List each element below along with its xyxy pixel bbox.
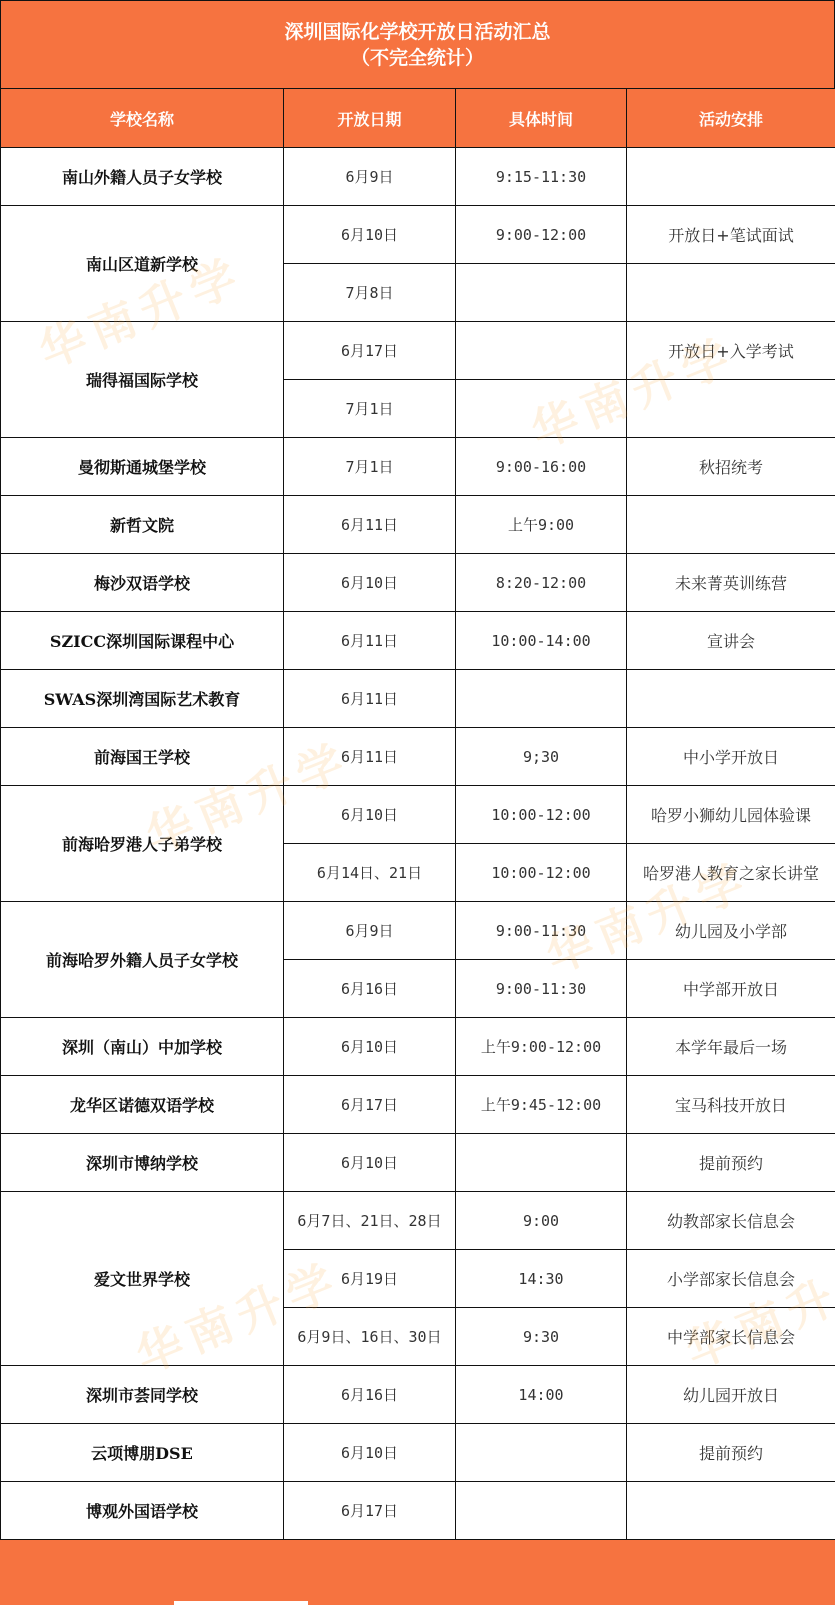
school-name-cell: 云项博朋DSE [1, 1424, 284, 1482]
table-body: 南山外籍人员子女学校6月9日9:15-11:30南山区道新学校6月10日9:00… [1, 148, 835, 1540]
activity-cell: 中小学开放日 [627, 728, 835, 786]
open-date-cell: 6月11日 [284, 670, 456, 728]
activity-cell: 幼教部家长信息会 [627, 1192, 835, 1250]
table-row: 前海哈罗外籍人员子女学校6月9日9:00-11:30幼儿园及小学部 [1, 902, 835, 960]
school-name-cell: 龙华区诺德双语学校 [1, 1076, 284, 1134]
table-row: 南山外籍人员子女学校6月9日9:15-11:30 [1, 148, 835, 206]
activity-cell: 本学年最后一场 [627, 1018, 835, 1076]
open-date-cell: 6月16日 [284, 1366, 456, 1424]
table-row: 云项博朋DSE6月10日提前预约 [1, 1424, 835, 1482]
table-row: 深圳市荟同学校6月16日14:00幼儿园开放日 [1, 1366, 835, 1424]
footer-tab [174, 1601, 308, 1605]
activity-cell: 提前预约 [627, 1134, 835, 1192]
table-row: 瑞得福国际学校6月17日开放日+入学考试 [1, 322, 835, 380]
table-row: 曼彻斯通城堡学校7月1日9:00-16:00秋招统考 [1, 438, 835, 496]
table-row: 新哲文院6月11日上午9:00 [1, 496, 835, 554]
open-date-cell: 6月10日 [284, 206, 456, 264]
open-date-cell: 6月10日 [284, 554, 456, 612]
open-date-cell: 7月8日 [284, 264, 456, 322]
time-cell: 10:00-14:00 [456, 612, 627, 670]
school-name-cell: 深圳市荟同学校 [1, 1366, 284, 1424]
school-name-cell: 深圳市博纳学校 [1, 1134, 284, 1192]
time-cell: 14:00 [456, 1366, 627, 1424]
school-name-cell: 爱文世界学校 [1, 1192, 284, 1366]
table-row: 爱文世界学校6月7日、21日、28日9:00幼教部家长信息会 [1, 1192, 835, 1250]
page-title: 深圳国际化学校开放日活动汇总 [284, 19, 550, 45]
open-date-cell: 7月1日 [284, 380, 456, 438]
time-cell [456, 264, 627, 322]
time-cell: 9:00-16:00 [456, 438, 627, 496]
activity-cell: 宣讲会 [627, 612, 835, 670]
time-cell: 9;30 [456, 728, 627, 786]
open-date-cell: 6月17日 [284, 1076, 456, 1134]
school-name-cell: 前海哈罗港人子弟学校 [1, 786, 284, 902]
activity-cell [627, 148, 835, 206]
header-row: 学校名称 开放日期 具体时间 活动安排 [1, 89, 835, 148]
time-cell: 9:15-11:30 [456, 148, 627, 206]
time-cell: 9:00-11:30 [456, 960, 627, 1018]
time-cell [456, 322, 627, 380]
school-name-cell: 新哲文院 [1, 496, 284, 554]
school-name-cell: 南山外籍人员子女学校 [1, 148, 284, 206]
table-row: 梅沙双语学校6月10日8:20-12:00未来菁英训练营 [1, 554, 835, 612]
school-name-cell: 前海哈罗外籍人员子女学校 [1, 902, 284, 1018]
table-row: 前海国王学校6月11日9;30中小学开放日 [1, 728, 835, 786]
table-row: 前海哈罗港人子弟学校6月10日10:00-12:00哈罗小狮幼儿园体验课 [1, 786, 835, 844]
activity-cell [627, 670, 835, 728]
table-row: 深圳（南山）中加学校6月10日上午9:00-12:00本学年最后一场 [1, 1018, 835, 1076]
time-cell: 上午9:00-12:00 [456, 1018, 627, 1076]
open-date-cell: 6月11日 [284, 728, 456, 786]
activity-cell: 开放日+笔试面试 [627, 206, 835, 264]
open-date-cell: 6月11日 [284, 496, 456, 554]
schedule-sheet: 深圳国际化学校开放日活动汇总 （不完全统计） 学校名称 开放日期 具体时间 活动… [0, 0, 835, 1605]
activity-cell: 中学部家长信息会 [627, 1308, 835, 1366]
open-date-cell: 6月17日 [284, 1482, 456, 1540]
school-name-cell: 前海国王学校 [1, 728, 284, 786]
column-header-date: 开放日期 [284, 89, 456, 148]
table-row: 南山区道新学校6月10日9:00-12:00开放日+笔试面试 [1, 206, 835, 264]
activity-cell [627, 264, 835, 322]
school-name-cell: 曼彻斯通城堡学校 [1, 438, 284, 496]
open-date-cell: 6月16日 [284, 960, 456, 1018]
time-cell: 9:00-12:00 [456, 206, 627, 264]
activity-cell: 秋招统考 [627, 438, 835, 496]
time-cell: 10:00-12:00 [456, 786, 627, 844]
open-date-cell: 6月9日 [284, 902, 456, 960]
schedule-table: 学校名称 开放日期 具体时间 活动安排 南山外籍人员子女学校6月9日9:15-1… [0, 88, 835, 1540]
open-date-cell: 6月17日 [284, 322, 456, 380]
activity-cell: 宝马科技开放日 [627, 1076, 835, 1134]
column-header-school: 学校名称 [1, 89, 284, 148]
activity-cell [627, 496, 835, 554]
open-date-cell: 6月9日 [284, 148, 456, 206]
school-name-cell: 博观外国语学校 [1, 1482, 284, 1540]
activity-cell: 中学部开放日 [627, 960, 835, 1018]
activity-cell: 哈罗港人教育之家长讲堂 [627, 844, 835, 902]
activity-cell: 哈罗小狮幼儿园体验课 [627, 786, 835, 844]
open-date-cell: 6月9日、16日、30日 [284, 1308, 456, 1366]
time-cell: 9:00-11:30 [456, 902, 627, 960]
activity-cell: 幼儿园开放日 [627, 1366, 835, 1424]
time-cell: 8:20-12:00 [456, 554, 627, 612]
activity-cell [627, 1482, 835, 1540]
school-name-cell: 梅沙双语学校 [1, 554, 284, 612]
open-date-cell: 6月10日 [284, 1018, 456, 1076]
time-cell [456, 1424, 627, 1482]
open-date-cell: 6月10日 [284, 1134, 456, 1192]
activity-cell: 开放日+入学考试 [627, 322, 835, 380]
column-header-activity: 活动安排 [627, 89, 835, 148]
table-row: SWAS深圳湾国际艺术教育6月11日 [1, 670, 835, 728]
title-banner: 深圳国际化学校开放日活动汇总 （不完全统计） [0, 0, 835, 90]
open-date-cell: 6月10日 [284, 786, 456, 844]
activity-cell [627, 380, 835, 438]
open-date-cell: 6月14日、21日 [284, 844, 456, 902]
school-name-cell: 南山区道新学校 [1, 206, 284, 322]
open-date-cell: 6月19日 [284, 1250, 456, 1308]
table-row: 龙华区诺德双语学校6月17日上午9:45-12:00宝马科技开放日 [1, 1076, 835, 1134]
column-header-time: 具体时间 [456, 89, 627, 148]
time-cell: 10:00-12:00 [456, 844, 627, 902]
open-date-cell: 6月10日 [284, 1424, 456, 1482]
time-cell [456, 380, 627, 438]
page-subtitle: （不完全统计） [351, 45, 484, 71]
open-date-cell: 7月1日 [284, 438, 456, 496]
table-row: 深圳市博纳学校6月10日提前预约 [1, 1134, 835, 1192]
school-name-cell: SWAS深圳湾国际艺术教育 [1, 670, 284, 728]
table-row: SZICC深圳国际课程中心6月11日10:00-14:00宣讲会 [1, 612, 835, 670]
time-cell: 9:30 [456, 1308, 627, 1366]
school-name-cell: SZICC深圳国际课程中心 [1, 612, 284, 670]
footer-bar [0, 1589, 835, 1605]
activity-cell: 提前预约 [627, 1424, 835, 1482]
time-cell: 9:00 [456, 1192, 627, 1250]
table-row: 博观外国语学校6月17日 [1, 1482, 835, 1540]
time-cell [456, 1482, 627, 1540]
time-cell [456, 670, 627, 728]
time-cell [456, 1134, 627, 1192]
open-date-cell: 6月7日、21日、28日 [284, 1192, 456, 1250]
activity-cell: 幼儿园及小学部 [627, 902, 835, 960]
time-cell: 上午9:00 [456, 496, 627, 554]
time-cell: 上午9:45-12:00 [456, 1076, 627, 1134]
school-name-cell: 深圳（南山）中加学校 [1, 1018, 284, 1076]
activity-cell: 小学部家长信息会 [627, 1250, 835, 1308]
school-name-cell: 瑞得福国际学校 [1, 322, 284, 438]
activity-cell: 未来菁英训练营 [627, 554, 835, 612]
time-cell: 14:30 [456, 1250, 627, 1308]
open-date-cell: 6月11日 [284, 612, 456, 670]
